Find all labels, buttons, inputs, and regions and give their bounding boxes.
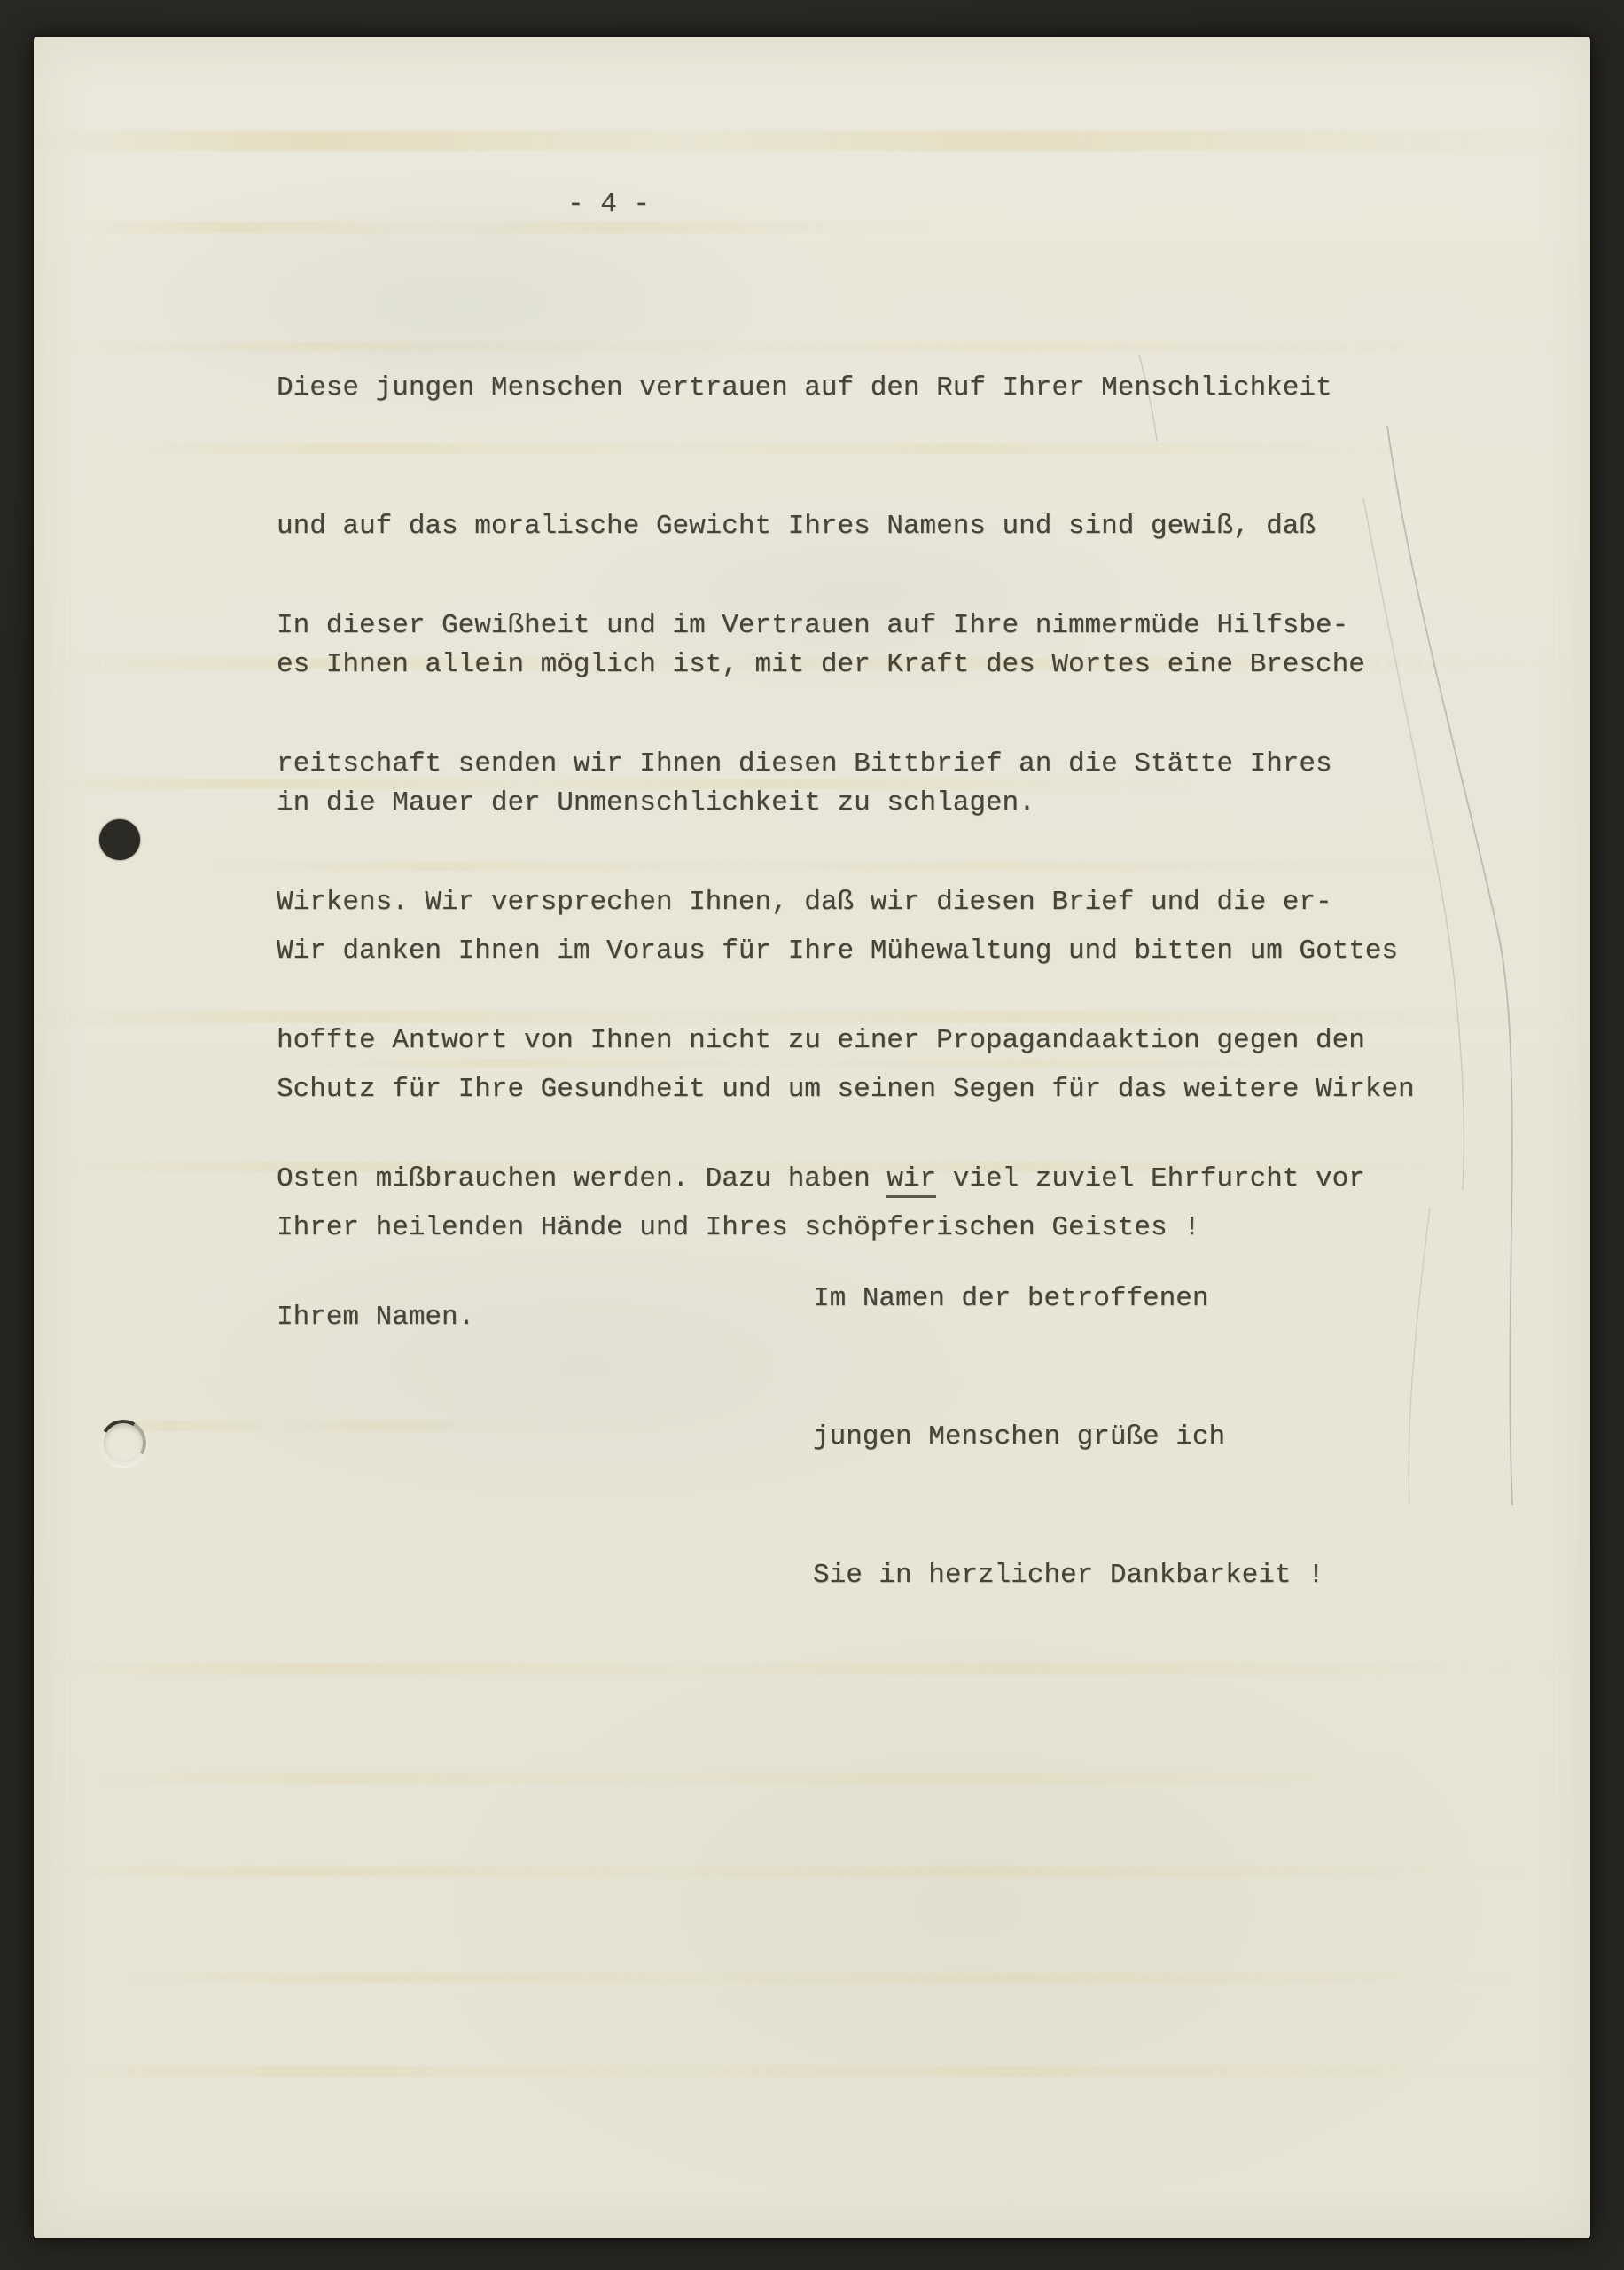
paper-stain — [34, 1663, 1590, 1675]
text-line: Wir danken Ihnen im Voraus für Ihre Mühe… — [277, 928, 1415, 975]
text-line: In dieser Gewißheit und im Vertrauen auf… — [277, 603, 1365, 649]
paper-stain — [87, 1773, 1452, 1784]
letter-closing-block: Im Namen der betroffenen jungen Menschen… — [813, 1184, 1324, 1691]
text-line: Diese jungen Menschen vertrauen auf den … — [277, 365, 1365, 411]
paper-stain — [34, 2066, 1590, 2077]
punch-hole-top — [99, 819, 140, 860]
scan-background: - 4 - Diese jungen Menschen vertrauen au… — [0, 0, 1624, 2270]
paper-stain — [69, 222, 938, 233]
paper-stain — [34, 131, 1590, 151]
text-line: reitschaft senden wir Ihnen diesen Bittb… — [277, 741, 1365, 787]
text-line: jungen Menschen grüße ich — [813, 1414, 1324, 1460]
paper-stain — [34, 1867, 1541, 1877]
text-line: Im Namen der betroffenen — [813, 1276, 1324, 1322]
page-number: - 4 - — [567, 182, 650, 228]
paper-stain — [113, 1973, 1550, 1984]
text-line: Sie in herzlicher Dankbarkeit ! — [813, 1553, 1324, 1599]
text-line: Schutz für Ihre Gesundheit und um seinen… — [277, 1067, 1415, 1113]
document-page: - 4 - Diese jungen Menschen vertrauen au… — [34, 37, 1590, 2238]
